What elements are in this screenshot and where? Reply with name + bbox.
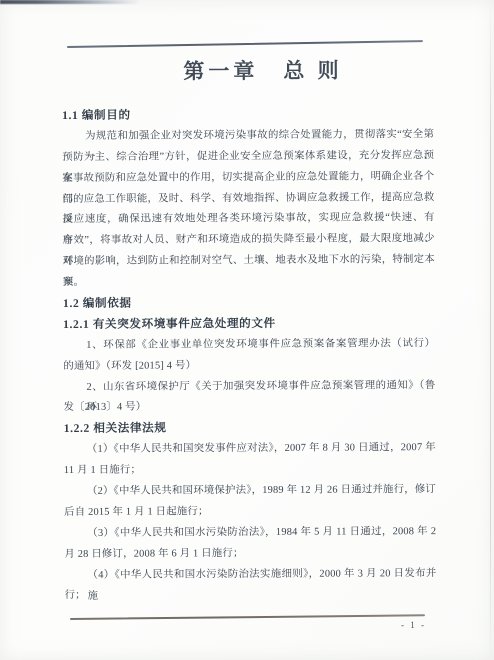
text-line: 1.2 编制依据 — [63, 292, 435, 315]
text-line: 1.2.1 有关突发环境事件应急处理的文件 — [63, 313, 435, 336]
text-line: 2、山东省环境保护厅《关于加强突发环境事件应急预案管理的通知》（鲁环 — [63, 376, 435, 399]
text-line: 预防为主、综合治理”方针，促进企业安全应急预案体系建设，充分发挥应急预案 — [62, 146, 434, 169]
text-line: 环境的影响，达到防止和控制对空气、土壤、地表水及地下水的污染，特制定本预 — [63, 250, 435, 273]
chapter-title: 第一章 总 则 — [0, 54, 494, 87]
scanned-document-page: 第一章 总 则 1.1 编制目的为规范和加强企业对突发环境污染事故的综合处置能力… — [0, 0, 494, 660]
text-line: 行； — [65, 585, 437, 608]
text-line: 反应速度，确保迅速有效地处理各类环境污染事故，实现应急救援“快速、有序、 — [63, 209, 435, 232]
page-edge-shadow — [490, 0, 491, 660]
scan-artifact-top-smudge — [0, 0, 165, 4]
header-rule — [67, 40, 423, 48]
text-line: 1.2.2 相关法律法规 — [64, 417, 436, 440]
text-line: 有效”，将事故对人员、财产和环境造成的损失降至最小程度，最大限度地减少对 — [63, 229, 435, 252]
text-line: 1、环保部《企业事业单位突发环境事件应急预案备案管理办法（试行） — [63, 334, 435, 357]
text-line: 为规范和加强企业对突发环境污染事故的综合处置能力，贯彻落实“安全第一、 — [62, 125, 434, 148]
text-line: （1）《中华人民共和国突发事件应对法》，2007 年 8 月 30 日通过，20… — [64, 438, 436, 461]
document-body: 1.1 编制目的为规范和加强企业对突发环境污染事故的综合处置能力，贯彻落实“安全… — [62, 104, 437, 607]
text-line: 案。 — [63, 271, 435, 294]
text-line: （3）《中华人民共和国水污染防治法》，1984 年 5 月 11 日通过，200… — [64, 522, 436, 545]
text-line: 的通知》（环发 [2015] 4 号） — [63, 355, 435, 378]
text-line: 在事故预防和应急处置中的作用，切实提高企业的应急处置能力，明确企业各个部 — [62, 167, 434, 190]
text-line: （2）《中华人民共和国环境保护法》，1989 年 12 月 26 日通过并施行，… — [64, 480, 436, 503]
text-line: 门的应急工作职能，及时、科学、有效地指挥、协调应急救援工作，提高应急救援 — [62, 188, 434, 211]
page-number: - 1 - — [401, 620, 426, 630]
text-line: 后自 2015 年 1 月 1 日起施行； — [64, 501, 436, 524]
text-line: 11 月 1 日施行； — [64, 459, 436, 482]
text-line: 月 28 日修订，2008 年 6 月 1 日施行； — [64, 543, 436, 566]
text-line: 1.1 编制目的 — [62, 104, 434, 127]
text-line: （4）《中华人民共和国水污染防治法实施细则》，2000 年 3 月 20 日发布… — [64, 564, 436, 587]
footer-rule — [70, 614, 425, 620]
text-line: 发〔2013〕4 号） — [64, 397, 436, 420]
